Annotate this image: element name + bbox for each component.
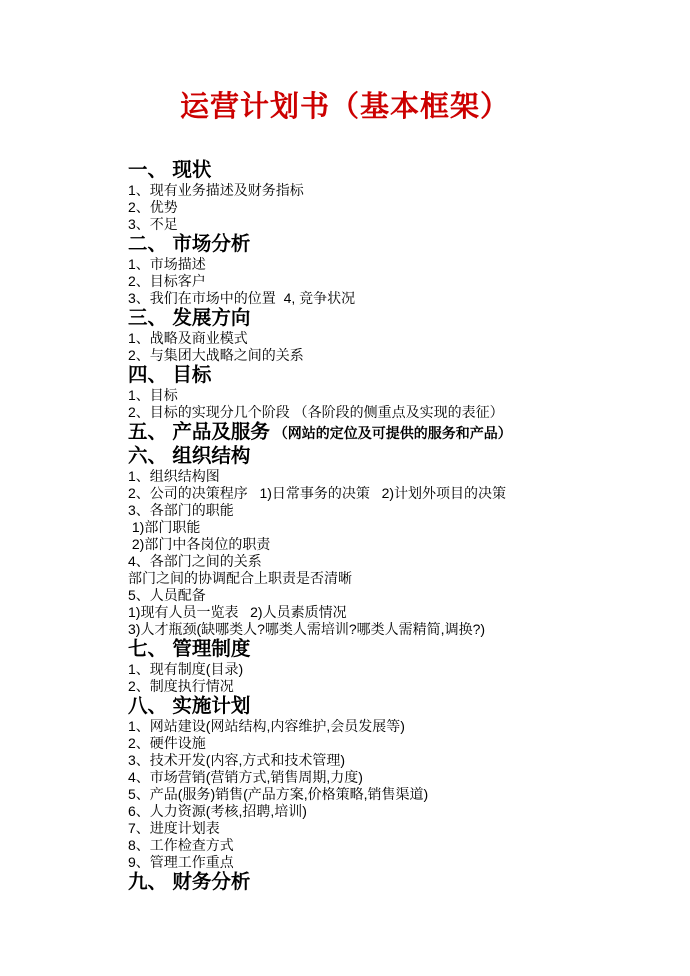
outline-line-text: 三、 发展方向	[128, 307, 250, 329]
outline-item: 7、进度计划表	[128, 820, 660, 837]
outline-item: 9、管理工作重点	[128, 854, 660, 871]
outline-line-text: 1、现有业务描述及财务指标	[128, 182, 304, 198]
outline-item: 8、工作检查方式	[128, 837, 660, 854]
outline-heading: 二、 市场分析	[128, 233, 660, 256]
outline-item: 1)现有人员一览表 2)人员素质情况	[128, 604, 660, 621]
outline-item: 1)部门职能	[128, 519, 660, 536]
outline-item: 3、不足	[128, 216, 660, 233]
outline-line-text: 9、管理工作重点	[128, 854, 234, 870]
outline-line-text: 部门之间的协调配合上职责是否清晰	[128, 570, 352, 586]
document-page: 运营计划书（基本框架） 一、 现状1、现有业务描述及财务指标2、优势3、不足二、…	[0, 0, 690, 976]
outline-line-text: 八、 实施计划	[128, 695, 250, 717]
outline-line-text: 3、不足	[128, 216, 178, 232]
outline-line-text: 3)人才瓶颈(缺哪类人?哪类人需培训?哪类人需精简,调换?)	[128, 621, 485, 637]
outline-line-text: 1、组织结构图	[128, 468, 220, 484]
outline-item: 1、现有业务描述及财务指标	[128, 182, 660, 199]
outline-line-text: 五、 产品及服务	[128, 421, 270, 443]
outline-line-suffix: （网站的定位及可提供的服务和产品）	[270, 425, 512, 441]
outline-heading: 九、 财务分析	[128, 871, 660, 894]
outline-heading: 四、 目标	[128, 364, 660, 387]
outline-line-text: 4、各部门之间的关系	[128, 553, 262, 569]
outline-item: 3)人才瓶颈(缺哪类人?哪类人需培训?哪类人需精简,调换?)	[128, 621, 660, 638]
outline-line-text: 2、硬件设施	[128, 735, 206, 751]
outline-heading: 一、 现状	[128, 159, 660, 182]
outline-item: 2、公司的决策程序 1)日常事务的决策 2)计划外项目的决策	[128, 485, 660, 502]
outline-item: 2、目标客户	[128, 273, 660, 290]
outline-item: 2、硬件设施	[128, 735, 660, 752]
outline-line-text: 九、 财务分析	[128, 871, 250, 893]
outline-line-text: 4、市场营销(营销方式,销售周期,力度)	[128, 769, 363, 785]
outline-item: 4、各部门之间的关系	[128, 553, 660, 570]
outline-line-text: 2、制度执行情况	[128, 678, 234, 694]
outline-line-text: 七、 管理制度	[128, 638, 250, 660]
outline-line-text: 3、技术开发(内容,方式和技术管理)	[128, 752, 345, 768]
outline-line-text: 1、现有制度(目录)	[128, 661, 243, 677]
outline-heading: 七、 管理制度	[128, 638, 660, 661]
outline-line-text: 1、战略及商业模式	[128, 330, 248, 346]
outline-item: 2、优势	[128, 199, 660, 216]
outline-line-text: 六、 组织结构	[128, 445, 250, 467]
outline-line-text: 2、目标客户	[128, 273, 206, 289]
outline-heading: 六、 组织结构	[128, 445, 660, 468]
outline-item: 2、与集团大战略之间的关系	[128, 347, 660, 364]
outline-item: 4、市场营销(营销方式,销售周期,力度)	[128, 769, 660, 786]
outline-line-text: 8、工作检查方式	[128, 837, 234, 853]
outline-line-text: 3、各部门的职能	[128, 502, 234, 518]
outline-line-text: 5、人员配备	[128, 587, 206, 603]
outline-line-text: 1、市场描述	[128, 256, 206, 272]
outline-item: 2、制度执行情况	[128, 678, 660, 695]
outline-line-text: 2、目标的实现分几个阶段 （各阶段的侧重点及实现的表征）	[128, 404, 504, 420]
outline-item: 1、市场描述	[128, 256, 660, 273]
outline-line-text: 6、人力资源(考核,招聘,培训)	[128, 803, 307, 819]
outline-line-text: 1、目标	[128, 387, 178, 403]
outline-line-text: 5、产品(服务)销售(产品方案,价格策略,销售渠道)	[128, 786, 428, 802]
outline-item: 2)部门中各岗位的职责	[128, 536, 660, 553]
outline-line-text: 一、 现状	[128, 159, 211, 181]
outline-item: 6、人力资源(考核,招聘,培训)	[128, 803, 660, 820]
document-outline: 一、 现状1、现有业务描述及财务指标2、优势3、不足二、 市场分析1、市场描述2…	[128, 159, 660, 894]
outline-line-text: 2)部门中各岗位的职责	[128, 536, 270, 552]
outline-item: 1、现有制度(目录)	[128, 661, 660, 678]
outline-item: 1、目标	[128, 387, 660, 404]
outline-item: 3、技术开发(内容,方式和技术管理)	[128, 752, 660, 769]
outline-line-text: 1)现有人员一览表 2)人员素质情况	[128, 604, 347, 620]
outline-line-text: 3、我们在市场中的位置 4, 竞争状况	[128, 290, 355, 306]
outline-line-text: 7、进度计划表	[128, 820, 220, 836]
outline-item: 3、各部门的职能	[128, 502, 660, 519]
document-title: 运营计划书（基本框架）	[0, 90, 690, 124]
outline-item: 5、人员配备	[128, 587, 660, 604]
outline-item: 5、产品(服务)销售(产品方案,价格策略,销售渠道)	[128, 786, 660, 803]
outline-line-text: 四、 目标	[128, 364, 211, 386]
outline-line-text: 2、与集团大战略之间的关系	[128, 347, 304, 363]
outline-heading: 八、 实施计划	[128, 695, 660, 718]
outline-item: 3、我们在市场中的位置 4, 竞争状况	[128, 290, 660, 307]
outline-item: 1、组织结构图	[128, 468, 660, 485]
outline-line-text: 2、优势	[128, 199, 178, 215]
outline-item: 1、战略及商业模式	[128, 330, 660, 347]
outline-item: 2、目标的实现分几个阶段 （各阶段的侧重点及实现的表征）	[128, 404, 660, 421]
outline-item: 1、网站建设(网站结构,内容维护,会员发展等)	[128, 718, 660, 735]
outline-heading: 五、 产品及服务 （网站的定位及可提供的服务和产品）	[128, 421, 660, 445]
outline-heading: 三、 发展方向	[128, 307, 660, 330]
outline-item: 部门之间的协调配合上职责是否清晰	[128, 570, 660, 587]
outline-line-text: 2、公司的决策程序 1)日常事务的决策 2)计划外项目的决策	[128, 485, 506, 501]
outline-line-text: 1)部门职能	[128, 519, 200, 535]
outline-line-text: 二、 市场分析	[128, 233, 250, 255]
outline-line-text: 1、网站建设(网站结构,内容维护,会员发展等)	[128, 718, 405, 734]
